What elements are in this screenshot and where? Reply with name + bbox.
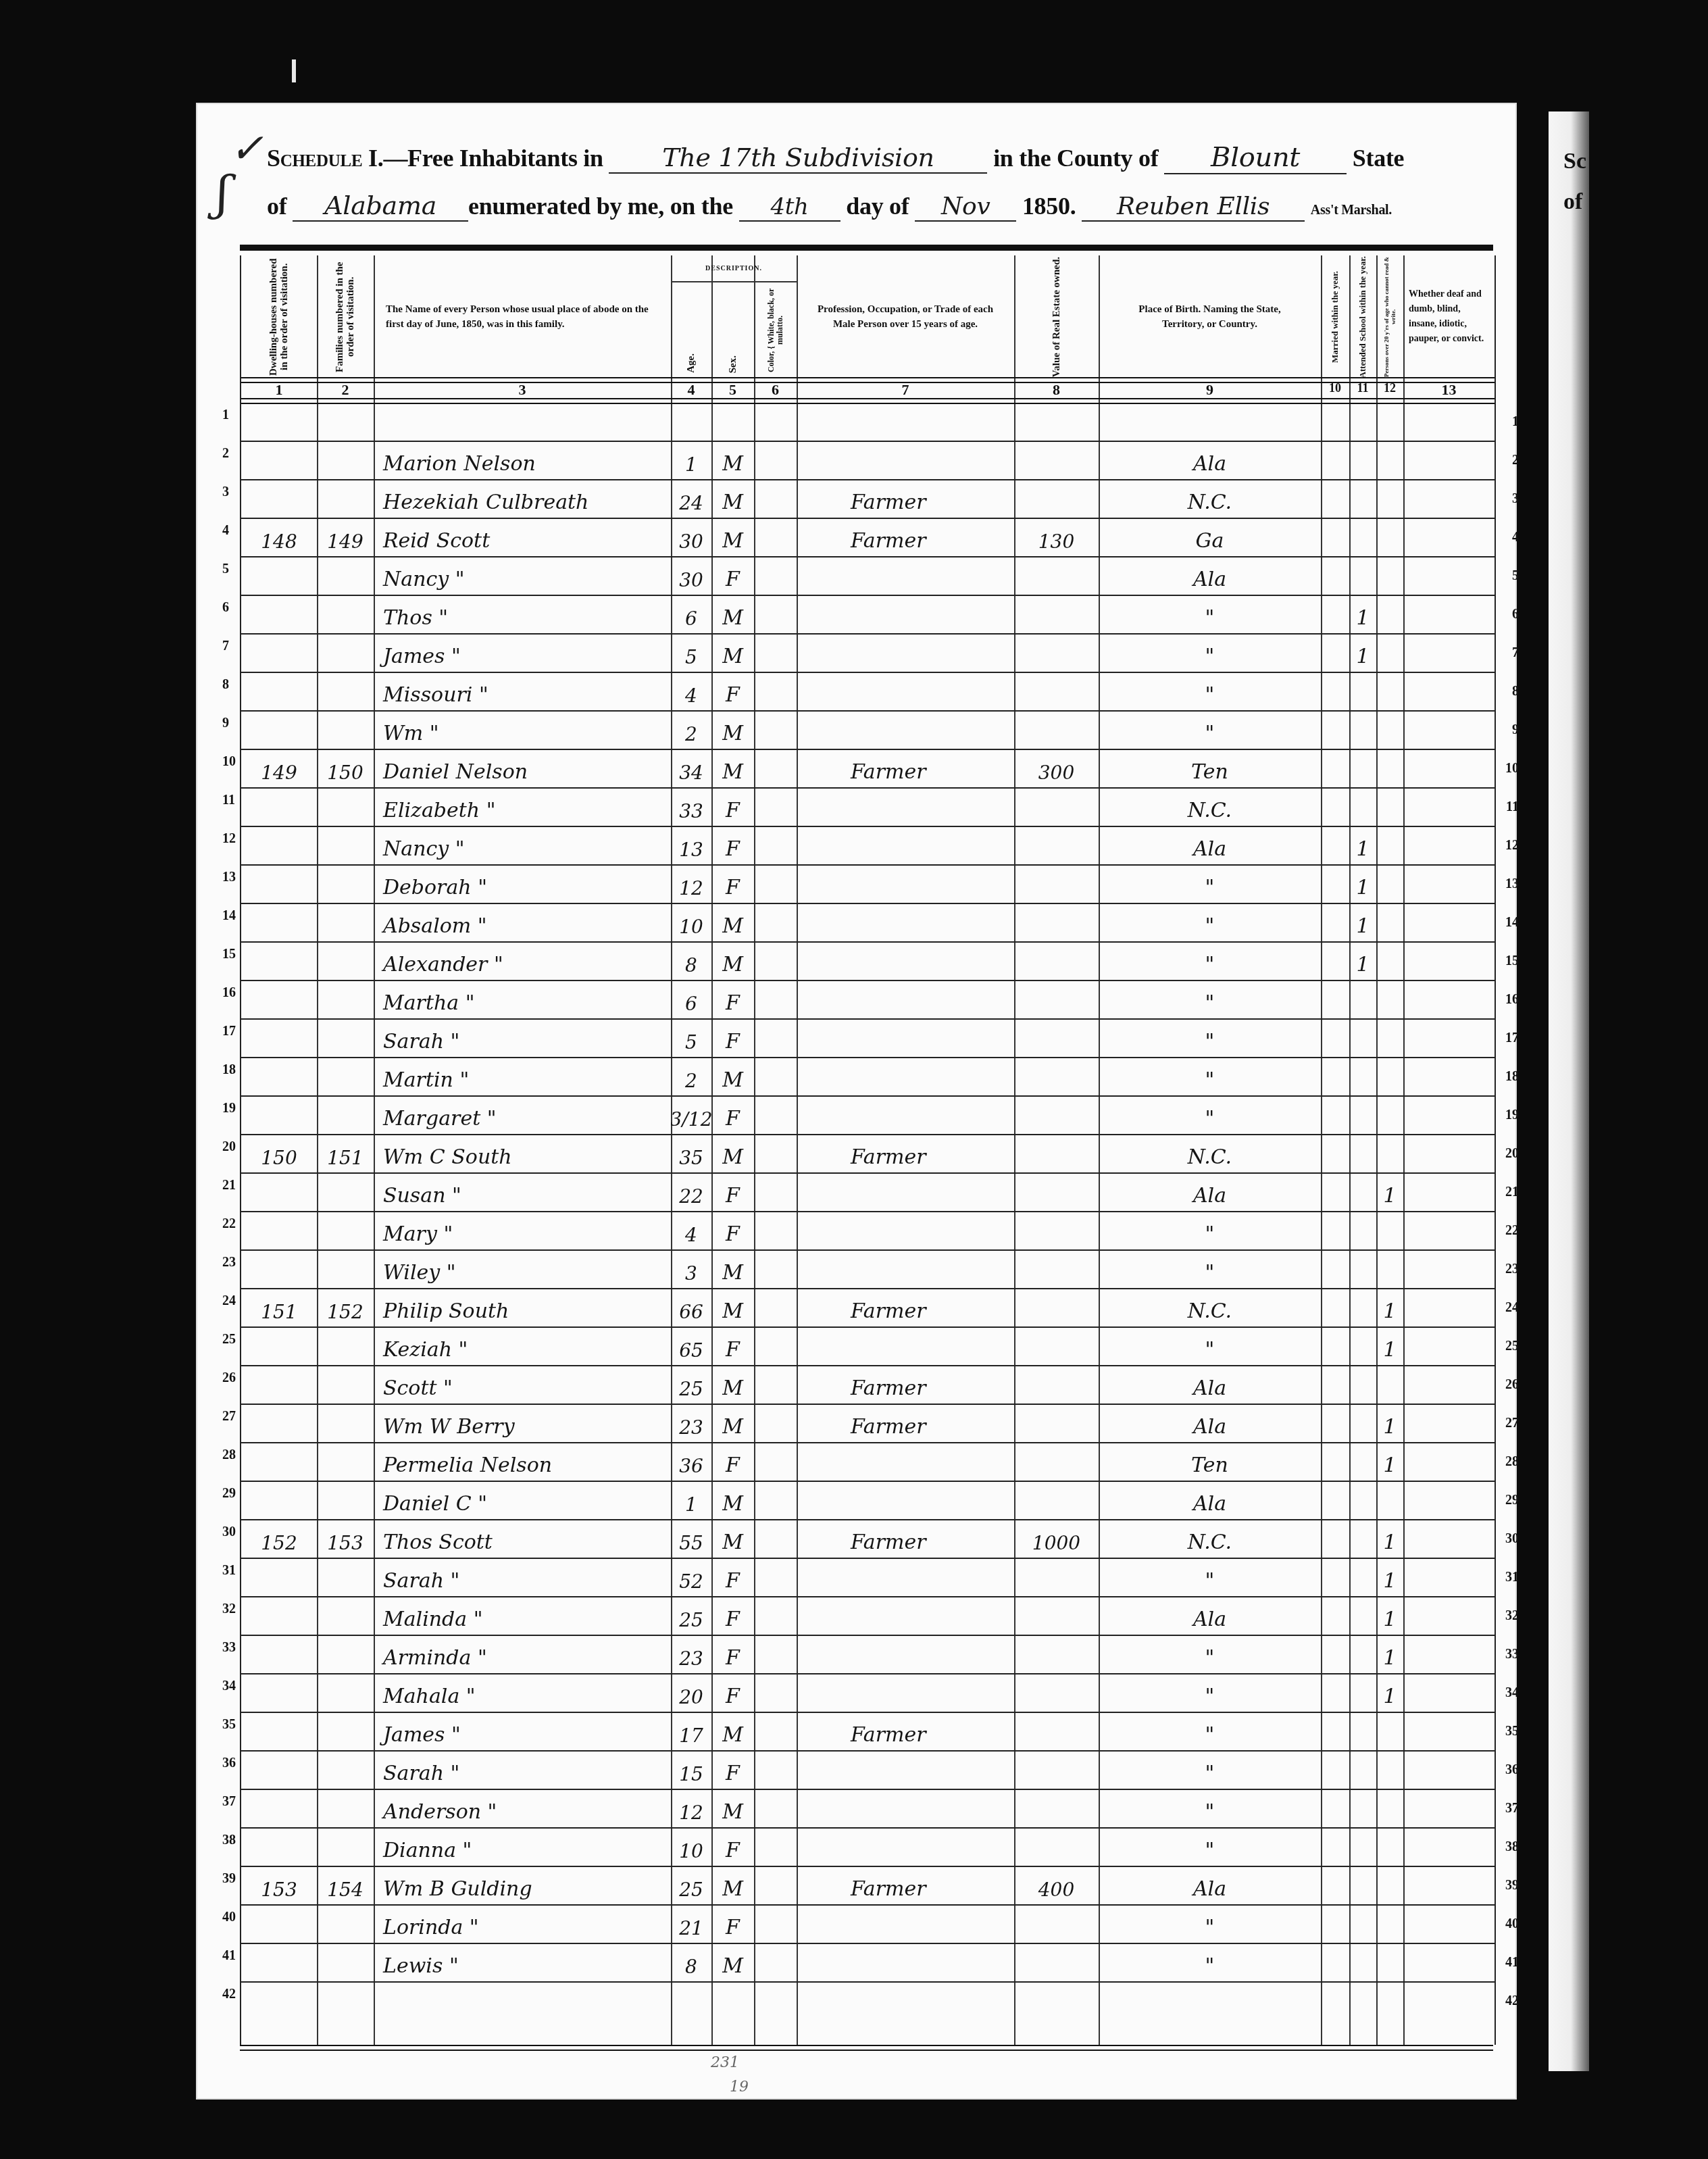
family-number-cell [317, 1558, 374, 1595]
color-cell [754, 864, 797, 901]
married-within-year-cell [1321, 1904, 1349, 1941]
dwelling-number-cell: 152 [241, 1519, 317, 1556]
occupation-cell [797, 1172, 1014, 1210]
line-number: 1 [1512, 414, 1519, 430]
birthplace-cell: Ala [1099, 556, 1321, 593]
sex-cell: F [711, 1018, 754, 1056]
birthplace-cell: Ala [1099, 1481, 1321, 1518]
person-name-cell: Wm C South [374, 1134, 671, 1171]
real-estate-value-cell: 300 [1014, 749, 1099, 786]
attended-school-cell [1349, 1789, 1376, 1826]
married-within-year-cell [1321, 595, 1349, 632]
line-number: 12 [1505, 838, 1519, 853]
family-number-cell [317, 479, 374, 516]
dwelling-number-cell [241, 787, 317, 824]
cannot-read-write-cell [1376, 479, 1403, 516]
real-estate-value-cell [1014, 903, 1099, 940]
married-within-year-cell [1321, 633, 1349, 670]
married-within-year-cell [1321, 1404, 1349, 1441]
sex-cell: M [711, 1866, 754, 1903]
person-name-cell: Mahala " [374, 1673, 671, 1710]
real-estate-value-cell [1014, 1635, 1099, 1672]
family-number-cell [317, 1095, 374, 1133]
age-cell: 23 [671, 1635, 711, 1672]
married-within-year-cell [1321, 1519, 1349, 1556]
attended-school-cell [1349, 556, 1376, 593]
attended-school-cell [1349, 1481, 1376, 1518]
dwelling-number-cell: 149 [241, 749, 317, 786]
family-number-cell [317, 1249, 374, 1287]
family-number-cell [317, 1943, 374, 1980]
married-within-year-cell [1321, 1943, 1349, 1980]
occupation-cell [797, 941, 1014, 978]
condition-cell [1403, 1288, 1494, 1325]
table-row: 2828Permelia Nelson36FTen1 [241, 1442, 1494, 1482]
occupation-cell: Farmer [797, 1866, 1014, 1903]
attended-school-cell [1349, 1943, 1376, 1980]
line-number: 23 [222, 1255, 236, 1270]
dwelling-number-cell [241, 556, 317, 593]
header-sex: Sex. [711, 282, 754, 378]
married-within-year-cell [1321, 787, 1349, 824]
dwelling-number-cell [241, 1596, 317, 1633]
header-birthplace: Place of Birth. Naming the State, Territ… [1099, 255, 1321, 378]
sex-cell: M [711, 1288, 754, 1325]
line-number: 11 [222, 793, 235, 808]
age-cell: 25 [671, 1596, 711, 1633]
state-field: Alabama [293, 191, 468, 222]
married-within-year-cell [1321, 710, 1349, 747]
line-number: 19 [222, 1101, 236, 1116]
table-row: 2525Keziah "65F"1 [241, 1326, 1494, 1366]
occupation-cell [797, 1481, 1014, 1518]
person-name-cell: Margaret " [374, 1095, 671, 1133]
line-number: 39 [222, 1871, 236, 1887]
family-number-cell [317, 1789, 374, 1826]
attended-school-cell [1349, 518, 1376, 555]
person-name-cell: Susan " [374, 1172, 671, 1210]
line-number: 36 [222, 1756, 236, 1771]
sex-cell: M [711, 1249, 754, 1287]
married-within-year-cell [1321, 1095, 1349, 1133]
cannot-read-write-cell [1376, 710, 1403, 747]
county-label: in the County of [993, 145, 1158, 172]
line-number: 26 [222, 1370, 236, 1386]
married-within-year-cell [1321, 1172, 1349, 1210]
occupation-cell [797, 672, 1014, 709]
dwelling-number-cell: 148 [241, 518, 317, 555]
table-row: 99Wm "2M" [241, 710, 1494, 750]
column-number: 6 [754, 381, 797, 399]
age-cell: 22 [671, 1172, 711, 1210]
condition-cell [1403, 1596, 1494, 1633]
sex-cell: F [711, 1750, 754, 1787]
color-cell [754, 1442, 797, 1479]
family-number-cell [317, 595, 374, 632]
cannot-read-write-cell: 1 [1376, 1519, 1403, 1556]
condition-cell [1403, 1943, 1494, 1980]
attended-school-cell: 1 [1349, 941, 1376, 978]
real-estate-value-cell [1014, 1789, 1099, 1826]
dwelling-number-cell [241, 1481, 317, 1518]
age-cell: 4 [671, 1211, 711, 1248]
married-within-year-cell [1321, 441, 1349, 478]
age-cell: 8 [671, 1943, 711, 1980]
condition-cell [1403, 1442, 1494, 1479]
condition-cell [1403, 1018, 1494, 1056]
family-number-cell [317, 710, 374, 747]
age-cell: 17 [671, 1712, 711, 1749]
person-name-cell: Marion Nelson [374, 441, 671, 478]
married-within-year-cell [1321, 1558, 1349, 1595]
table-row: 1212Nancy "13FAla1 [241, 826, 1494, 866]
line-number: 12 [222, 831, 236, 847]
line-number: 23 [1505, 1262, 1519, 1277]
line-number: 6 [1512, 607, 1519, 622]
age-cell: 35 [671, 1134, 711, 1171]
real-estate-value-cell [1014, 1404, 1099, 1441]
attended-school-cell [1349, 479, 1376, 516]
birthplace-cell: " [1099, 710, 1321, 747]
attended-school-cell [1349, 1519, 1376, 1556]
line-number: 33 [1505, 1647, 1519, 1662]
line-number: 40 [222, 1910, 236, 1925]
table-row: 2020150151Wm C South35MFarmerN.C. [241, 1134, 1494, 1174]
family-number-cell [317, 941, 374, 978]
condition-cell [1403, 1211, 1494, 1248]
family-number-cell [317, 1211, 374, 1248]
dwelling-number-cell [241, 1673, 317, 1710]
real-estate-value-cell [1014, 1095, 1099, 1133]
line-number: 41 [222, 1948, 236, 1964]
line-number: 19 [1505, 1108, 1519, 1123]
sex-cell: M [711, 1481, 754, 1518]
line-number: 5 [1512, 568, 1519, 584]
age-cell: 13 [671, 826, 711, 863]
condition-cell [1403, 980, 1494, 1017]
sex-cell: M [711, 1057, 754, 1094]
cannot-read-write-cell [1376, 1481, 1403, 1518]
table-row: 4040Lorinda "21F" [241, 1904, 1494, 1944]
line-number: 35 [1505, 1724, 1519, 1739]
occupation-cell [797, 1827, 1014, 1864]
age-cell: 15 [671, 1750, 711, 1787]
table-row: 2424151152Philip South66MFarmerN.C.1 [241, 1288, 1494, 1328]
occupation-cell [797, 1943, 1014, 1980]
color-cell [754, 1596, 797, 1633]
header-age: Age. [671, 282, 711, 378]
family-number-cell [317, 1712, 374, 1749]
sex-cell [711, 402, 754, 439]
dwelling-number-cell [241, 595, 317, 632]
married-within-year-cell [1321, 1249, 1349, 1287]
attended-school-cell [1349, 672, 1376, 709]
color-cell [754, 1789, 797, 1826]
adjacent-page-fragment: of [1563, 189, 1582, 215]
attended-school-cell [1349, 1558, 1376, 1595]
occupation-cell [797, 1789, 1014, 1826]
condition-cell [1403, 402, 1494, 439]
family-number-cell: 150 [317, 749, 374, 786]
married-within-year-cell [1321, 980, 1349, 1017]
person-name-cell: Arminda " [374, 1635, 671, 1672]
dwelling-number-cell: 150 [241, 1134, 317, 1171]
cannot-read-write-cell [1376, 1057, 1403, 1094]
person-name-cell: Wiley " [374, 1249, 671, 1287]
line-number: 15 [222, 947, 236, 962]
real-estate-value-cell [1014, 1596, 1099, 1633]
sex-cell: M [711, 1134, 754, 1171]
sex-cell: M [711, 633, 754, 670]
cannot-read-write-cell [1376, 518, 1403, 555]
table-row: 2121Susan "22FAla1 [241, 1172, 1494, 1212]
header-color: Color, { White, black, or mulatto. [754, 282, 797, 378]
age-cell: 33 [671, 787, 711, 824]
condition-cell [1403, 1827, 1494, 1864]
attended-school-cell [1349, 1750, 1376, 1787]
cannot-read-write-cell [1376, 402, 1403, 439]
occupation-cell [797, 556, 1014, 593]
line-number: 29 [1505, 1493, 1519, 1508]
sex-cell: F [711, 1904, 754, 1941]
attended-school-cell [1349, 1365, 1376, 1402]
header-rule [240, 245, 1493, 251]
line-number: 8 [222, 677, 229, 693]
sex-cell: M [711, 1712, 754, 1749]
occupation-cell [797, 1057, 1014, 1094]
table-row: 1717Sarah "5F" [241, 1018, 1494, 1058]
occupation-cell [797, 1673, 1014, 1710]
cannot-read-write-cell [1376, 556, 1403, 593]
age-cell: 24 [671, 479, 711, 516]
page-note: 231 [711, 2054, 739, 2071]
table-row: 2222Mary "4F" [241, 1211, 1494, 1251]
table-row: 2929Daniel C "1MAla [241, 1481, 1494, 1520]
attended-school-cell [1349, 787, 1376, 824]
married-within-year-cell [1321, 1866, 1349, 1903]
age-cell: 30 [671, 518, 711, 555]
table-row: 3737Anderson "12M" [241, 1789, 1494, 1829]
real-estate-value-cell [1014, 1904, 1099, 1941]
line-number: 28 [222, 1447, 236, 1463]
line-number: 21 [1505, 1185, 1519, 1200]
cannot-read-write-cell [1376, 672, 1403, 709]
line-number: 37 [222, 1794, 236, 1810]
age-cell: 5 [671, 633, 711, 670]
family-number-cell [317, 1018, 374, 1056]
family-number-cell: 152 [317, 1288, 374, 1325]
birthplace-cell: " [1099, 864, 1321, 901]
color-cell [754, 1981, 797, 2018]
attended-school-cell: 1 [1349, 633, 1376, 670]
real-estate-value-cell [1014, 1827, 1099, 1864]
person-name-cell: Scott " [374, 1365, 671, 1402]
subdivision-field: The 17th Subdivision [609, 143, 987, 174]
attended-school-cell [1349, 441, 1376, 478]
family-number-cell [317, 1750, 374, 1787]
color-cell [754, 1481, 797, 1518]
line-number: 40 [1505, 1916, 1519, 1932]
person-name-cell: Permelia Nelson [374, 1442, 671, 1479]
birthplace-cell: Ala [1099, 1172, 1321, 1210]
state-label: State [1353, 145, 1404, 172]
person-name-cell: Dianna " [374, 1827, 671, 1864]
color-cell [754, 1750, 797, 1787]
sex-cell: M [711, 518, 754, 555]
schedule-title: Schedule I.—Free Inhabitants in The 17th… [267, 142, 1404, 174]
real-estate-value-cell [1014, 710, 1099, 747]
cannot-read-write-cell: 1 [1376, 1558, 1403, 1595]
occupation-cell [797, 1558, 1014, 1595]
condition-cell [1403, 864, 1494, 901]
age-cell: 23 [671, 1404, 711, 1441]
table-row: 2727Wm W Berry23MFarmerAla1 [241, 1404, 1494, 1443]
birthplace-cell: " [1099, 633, 1321, 670]
attended-school-cell [1349, 710, 1376, 747]
occupation-cell [797, 826, 1014, 863]
occupation-cell [797, 1326, 1014, 1364]
color-cell [754, 1211, 797, 1248]
line-number: 27 [222, 1409, 236, 1424]
table-row: 3939153154Wm B Gulding25MFarmer400Ala [241, 1866, 1494, 1906]
occupation-cell: Farmer [797, 1404, 1014, 1441]
real-estate-value-cell [1014, 1481, 1099, 1518]
color-cell [754, 787, 797, 824]
line-number: 24 [222, 1293, 236, 1309]
sex-cell: M [711, 1519, 754, 1556]
line-number: 42 [1505, 1993, 1519, 2009]
condition-cell [1403, 1249, 1494, 1287]
dwelling-number-cell [241, 826, 317, 863]
table-row: 3838Dianna "10F" [241, 1827, 1494, 1867]
family-number-cell [317, 402, 374, 439]
color-cell [754, 1365, 797, 1402]
sex-cell: F [711, 787, 754, 824]
table-row: 1818Martin "2M" [241, 1057, 1494, 1097]
birthplace-cell: " [1099, 903, 1321, 940]
color-cell [754, 1057, 797, 1094]
line-number: 20 [222, 1139, 236, 1155]
dwelling-number-cell [241, 441, 317, 478]
dwelling-number-cell [241, 1789, 317, 1826]
color-cell [754, 903, 797, 940]
cannot-read-write-cell [1376, 595, 1403, 632]
married-within-year-cell [1321, 1673, 1349, 1710]
cannot-read-write-cell [1376, 1904, 1403, 1941]
occupation-cell [797, 980, 1014, 1017]
family-number-cell [317, 1172, 374, 1210]
occupation-cell [797, 1095, 1014, 1133]
cannot-read-write-cell: 1 [1376, 1326, 1403, 1364]
header-name: The Name of every Person whose usual pla… [374, 255, 671, 378]
person-name-cell [374, 1981, 671, 2018]
cannot-read-write-cell [1376, 1866, 1403, 1903]
birthplace-cell: " [1099, 1943, 1321, 1980]
sex-cell: F [711, 1442, 754, 1479]
cannot-read-write-cell: 1 [1376, 1442, 1403, 1479]
birthplace-cell: Ga [1099, 518, 1321, 555]
attended-school-cell [1349, 1018, 1376, 1056]
line-number: 2 [1512, 453, 1519, 468]
condition-cell [1403, 479, 1494, 516]
dwelling-number-cell [241, 1404, 317, 1441]
line-number: 17 [222, 1024, 236, 1039]
color-cell [754, 1635, 797, 1672]
color-cell [754, 1249, 797, 1287]
occupation-cell: Farmer [797, 1134, 1014, 1171]
table-row: 3636Sarah "15F" [241, 1750, 1494, 1790]
condition-cell [1403, 441, 1494, 478]
real-estate-value-cell [1014, 595, 1099, 632]
table-row: 3434Mahala "20F"1 [241, 1673, 1494, 1713]
dwelling-number-cell [241, 1943, 317, 1980]
person-name-cell: Sarah " [374, 1018, 671, 1056]
married-within-year-cell [1321, 1442, 1349, 1479]
condition-cell [1403, 1866, 1494, 1903]
line-number: 33 [222, 1640, 236, 1656]
attended-school-cell [1349, 1172, 1376, 1210]
dwelling-number-cell [241, 402, 317, 439]
condition-cell [1403, 1673, 1494, 1710]
color-cell [754, 595, 797, 632]
real-estate-value-cell [1014, 479, 1099, 516]
married-within-year-cell [1321, 864, 1349, 901]
real-estate-value-cell [1014, 1211, 1099, 1248]
attended-school-cell [1349, 1827, 1376, 1864]
color-cell [754, 1712, 797, 1749]
dwelling-number-cell [241, 1750, 317, 1787]
birthplace-cell: " [1099, 1095, 1321, 1133]
sex-cell: M [711, 441, 754, 478]
person-name-cell: Philip South [374, 1288, 671, 1325]
attended-school-cell: 1 [1349, 903, 1376, 940]
birthplace-cell: Ala [1099, 1866, 1321, 1903]
sex-cell: F [711, 556, 754, 593]
schedule-label: Schedule I. [267, 145, 383, 172]
occupation-cell: Farmer [797, 1365, 1014, 1402]
dwelling-number-cell: 151 [241, 1288, 317, 1325]
family-number-cell: 151 [317, 1134, 374, 1171]
column-number-row: 1 2 3 4 5 6 7 8 9 10 11 12 13 [241, 378, 1494, 400]
cannot-read-write-cell: 1 [1376, 1404, 1403, 1441]
married-within-year-cell [1321, 1596, 1349, 1633]
attended-school-cell [1349, 1712, 1376, 1749]
line-number: 8 [1512, 684, 1519, 699]
column-number: 13 [1403, 381, 1494, 399]
dwelling-number-cell [241, 1057, 317, 1094]
column-number: 10 [1321, 381, 1349, 395]
table-row: 1616Martha "6F" [241, 980, 1494, 1020]
occupation-cell [797, 710, 1014, 747]
line-number: 13 [1505, 876, 1519, 892]
line-number: 17 [1505, 1031, 1519, 1046]
age-cell: 2 [671, 1057, 711, 1094]
real-estate-value-cell [1014, 672, 1099, 709]
table-row: 2626Scott "25MFarmerAla [241, 1365, 1494, 1405]
schedule-subtitle: —Free Inhabitants in [383, 145, 603, 172]
age-cell: 1 [671, 441, 711, 478]
table-row: 1111Elizabeth "33FN.C. [241, 787, 1494, 827]
table-row: 4141Lewis "8M" [241, 1943, 1494, 1983]
line-number: 25 [222, 1332, 236, 1347]
condition-cell [1403, 1712, 1494, 1749]
person-name-cell: Sarah " [374, 1558, 671, 1595]
real-estate-value-cell: 400 [1014, 1866, 1099, 1903]
married-within-year-cell [1321, 1981, 1349, 2018]
condition-cell [1403, 903, 1494, 940]
age-cell: 34 [671, 749, 711, 786]
condition-cell [1403, 1134, 1494, 1171]
